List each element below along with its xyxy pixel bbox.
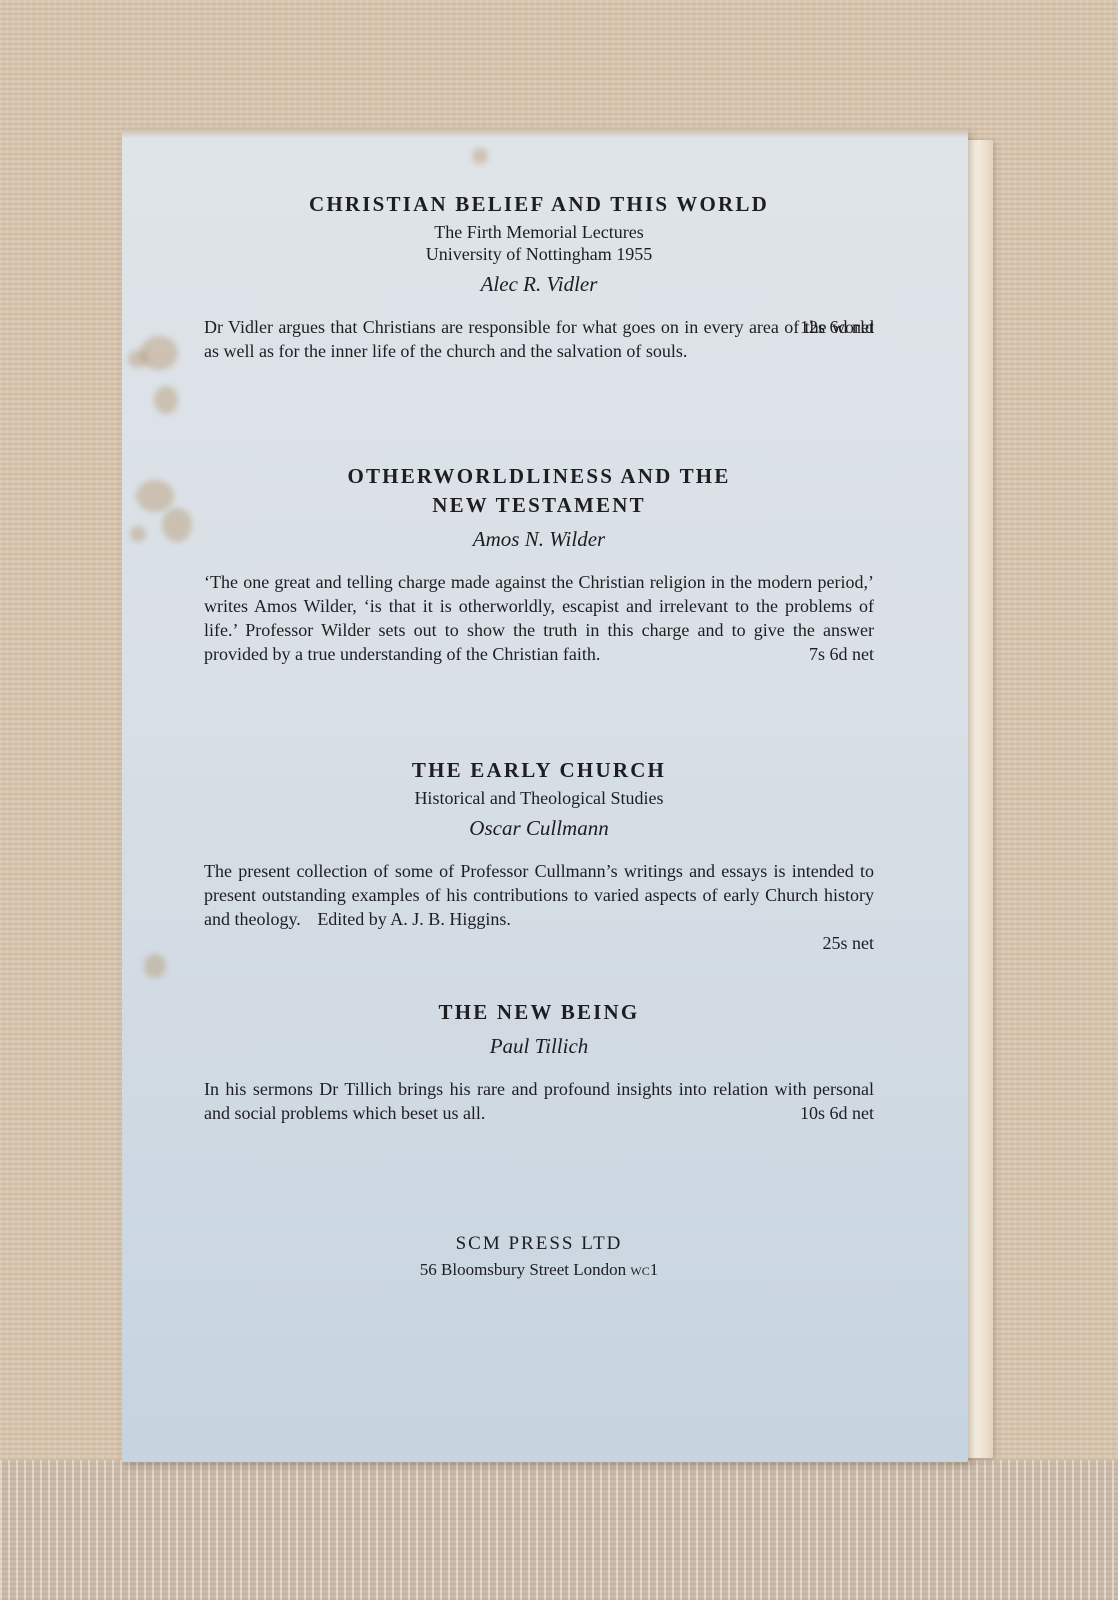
foxing-stain: [472, 148, 488, 164]
book-price: 25s net: [204, 931, 874, 955]
fabric-background: [0, 1460, 1118, 1600]
book-title: THE NEW BEING: [204, 998, 874, 1027]
book-author: Amos N. Wilder: [204, 526, 874, 552]
description-text: The present collection of some of Profes…: [204, 861, 874, 929]
book-entry-early-church: THE EARLY CHURCH Historical and Theologi…: [204, 756, 874, 955]
publisher-imprint: SCM PRESS LTD 56 Bloomsbury Street Londo…: [204, 1230, 874, 1282]
book-title: THE EARLY CHURCH: [204, 756, 874, 785]
address-postcode: wc1: [630, 1260, 658, 1279]
book-entry-new-being: THE NEW BEING Paul Tillich In his sermon…: [204, 998, 874, 1125]
book-description: ‘The one great and telling charge made a…: [204, 570, 874, 666]
book-editor: Edited by A. J. B. Higgins.: [317, 909, 511, 929]
book-entry-otherworldliness: OTHERWORLDLINESS AND THE NEW TESTAMENT A…: [204, 462, 874, 666]
description-text: ‘The one great and telling charge made a…: [204, 572, 874, 664]
foxing-stain: [136, 480, 174, 512]
book-subtitle: Historical and Theological Studies: [204, 787, 874, 809]
book-title: CHRISTIAN BELIEF AND THIS WORLD: [204, 190, 874, 219]
book-title: NEW TESTAMENT: [204, 491, 874, 520]
book-subtitle: The Firth Memorial Lectures: [204, 221, 874, 243]
foxing-stain: [162, 508, 192, 542]
publisher-name: SCM PRESS LTD: [204, 1230, 874, 1258]
book-author: Paul Tillich: [204, 1033, 874, 1059]
foxing-stain: [130, 526, 146, 542]
description-text: Dr Vidler argues that Christians are res…: [204, 317, 874, 361]
book-price: 7s 6d net: [809, 642, 874, 666]
book-title: OTHERWORLDLINESS AND THE: [204, 462, 874, 491]
foxing-stain: [122, 128, 968, 138]
address-street: 56 Bloomsbury Street London: [420, 1260, 626, 1279]
book-description: In his sermons Dr Tillich brings his rar…: [204, 1077, 874, 1125]
foxing-stain: [128, 350, 148, 368]
book-back-cover: CHRISTIAN BELIEF AND THIS WORLD The Firt…: [122, 128, 968, 1462]
publisher-address: 56 Bloomsbury Street London wc1: [204, 1258, 874, 1282]
description-text: In his sermons Dr Tillich brings his rar…: [204, 1079, 874, 1123]
book-author: Alec R. Vidler: [204, 271, 874, 297]
book-subtitle: University of Nottingham 1955: [204, 243, 874, 265]
book-price: 10s 6d net: [800, 1101, 874, 1125]
book-author: Oscar Cullmann: [204, 815, 874, 841]
foxing-stain: [144, 954, 166, 978]
foxing-stain: [154, 386, 178, 414]
book-description: Dr Vidler argues that Christians are res…: [204, 315, 874, 363]
book-description: The present collection of some of Profes…: [204, 859, 874, 931]
book-entry-christian-belief: CHRISTIAN BELIEF AND THIS WORLD The Firt…: [204, 190, 874, 363]
